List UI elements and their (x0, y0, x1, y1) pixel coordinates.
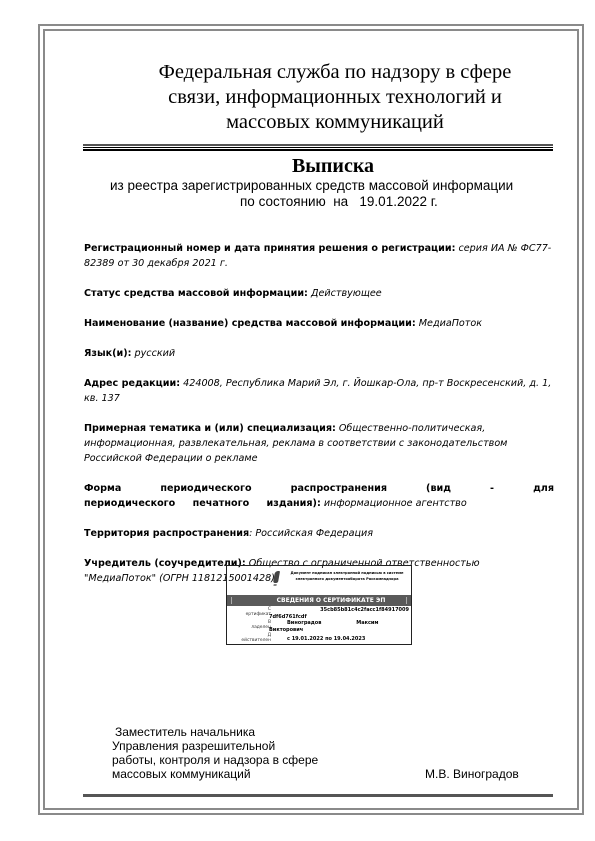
field-label: Язык(и): (84, 348, 131, 359)
registry-fields: Регистрационный номер и дата принятия ре… (84, 241, 554, 601)
stamp-row-certificate: Сертификат 35cb85b81c4c2facc1f84917009 7… (227, 607, 411, 620)
header-divider (83, 144, 553, 152)
document-title: Выписка (83, 155, 583, 178)
field-territory: Территория распространения: Российская Ф… (84, 526, 554, 541)
stamp-header-text: Документ подписан электронной подписью в… (285, 570, 409, 582)
field-label: Учредитель (соучредители): (84, 558, 246, 569)
field-language: Язык(и): русский (84, 346, 554, 361)
field-label: Наименование (название) средства массово… (84, 318, 416, 329)
document-subtitle: из реестра зарегистрированных средств ма… (110, 178, 513, 194)
field-label: Территория распространения (84, 528, 249, 539)
position-line: Заместитель начальника (112, 725, 318, 739)
footer-divider (83, 794, 553, 797)
stamp-row-validity: Действителен с 19.01.2022 по 19.04.2023 (227, 633, 411, 646)
field-distribution-form: Форма периодического распространения (ви… (84, 481, 554, 511)
field-label: Адрес редакции: (84, 378, 180, 389)
stamp-key: Сертификат (227, 607, 271, 617)
emblem-icon (273, 571, 280, 583)
stamp-header: Документ подписан электронной подписью в… (227, 566, 411, 595)
agency-line: массовых коммуникаций (100, 110, 570, 135)
as-of-date: по состоянию на 19.01.2022 г. (240, 194, 438, 210)
certificate-serial: 35cb85b81c4c2facc1f84917009 (277, 607, 409, 613)
stamp-row-owner: Владелец Виноградов Максим Викторович (227, 620, 411, 633)
field-label: Статус средства массовой информации: (84, 288, 308, 299)
certificate-validity: с 19.01.2022 по 19.04.2023 (287, 636, 419, 642)
field-value: : Российская Федерация (249, 528, 373, 539)
field-registration-number: Регистрационный номер и дата принятия ре… (84, 241, 554, 271)
position-line: массовых коммуникаций (112, 767, 318, 781)
field-topics: Примерная тематика и (или) специализация… (84, 421, 554, 466)
field-label: Примерная тематика и (или) специализация… (84, 423, 336, 434)
certificate-owner: Виноградов Максим (287, 620, 419, 626)
field-value: информационное агентство (321, 498, 467, 509)
signatory-position: Заместитель начальника Управления разреш… (112, 725, 318, 781)
position-line: работы, контроля и надзора в сфере (112, 753, 318, 767)
field-label: Регистрационный номер и дата принятия ре… (84, 243, 455, 254)
field-media-name: Наименование (название) средства массово… (84, 316, 554, 331)
agency-line: Федеральная служба по надзору в сфере (100, 60, 570, 85)
field-value: Действующее (308, 288, 382, 299)
field-value: МедиаПоток (416, 318, 482, 329)
field-address: Адрес редакции: 424008, Республика Марий… (84, 376, 554, 406)
position-line: Управления разрешительной (112, 739, 318, 753)
stamp-title-bar: СВЕДЕНИЯ О СЕРТИФИКАТЕ ЭП (227, 595, 411, 606)
agency-name: Федеральная служба по надзору в сфере св… (100, 60, 570, 135)
agency-line: связи, информационных технологий и (100, 85, 570, 110)
signatory-name: М.В. Виноградов (425, 767, 519, 781)
stamp-key: Владелец (227, 620, 271, 630)
e-signature-stamp: Документ подписан электронной подписью в… (226, 565, 412, 645)
field-label: Форма периодического распространения (ви… (84, 483, 554, 509)
field-status: Статус средства массовой информации: Дей… (84, 286, 554, 301)
field-value: русский (131, 348, 175, 359)
stamp-key: Действителен (227, 633, 271, 643)
